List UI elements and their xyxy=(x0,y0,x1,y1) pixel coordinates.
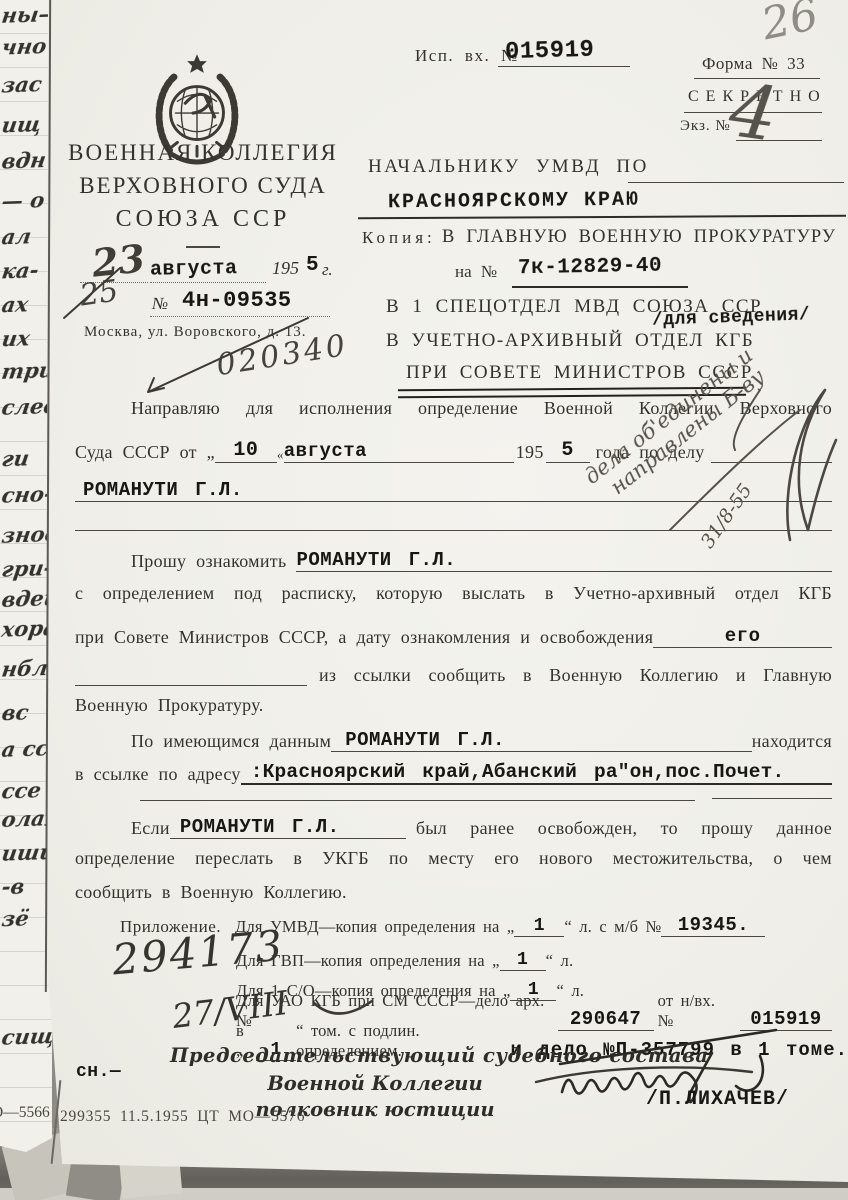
p1-year: 195 xyxy=(514,442,546,463)
bracket-curve xyxy=(310,995,380,1025)
year-suffix: г. xyxy=(322,260,333,280)
margin-fragment: сищ xyxy=(0,1023,56,1050)
blank-line xyxy=(140,800,695,801)
org-name-line2: ВЕРХОВНОГО СУДА xyxy=(58,173,348,199)
margin-fragment: ищ xyxy=(0,111,43,137)
p4-prefix: Если xyxy=(131,818,170,839)
p3-line2-prefix: в ссылке по адресу xyxy=(75,764,241,785)
recipient-label: НАЧАЛЬНИКУ УМВД ПО xyxy=(368,156,649,178)
case-name-stamp: РОМАНУТИ Г.Л. xyxy=(75,479,243,501)
margin-fragment: вдн xyxy=(0,147,47,174)
margin-fragment: чно xyxy=(0,33,48,60)
org-name-line1: ВОЕННАЯ КОЛЛЕГИЯ xyxy=(58,140,348,166)
margin-fragment: вс xyxy=(0,700,30,726)
date-month-stamp: августа xyxy=(150,257,238,282)
reference-label: на № xyxy=(455,262,497,282)
underline xyxy=(512,286,688,288)
body-p2-line2: с определением под расписку, которую выс… xyxy=(75,583,832,610)
p1-year-digit: 5 xyxy=(546,439,590,463)
blank-underline xyxy=(75,685,307,686)
margin-fragment: зё xyxy=(0,906,30,932)
signer-name-stamp: /П.ЛИХАЧЕВ/ xyxy=(646,1088,789,1111)
p2-line4: из ссылки сообщить в Военную Коллегию и … xyxy=(307,665,832,686)
margin-fragment: ссе xyxy=(0,777,43,803)
margin-fragment: зас xyxy=(0,71,44,97)
signer-title-line1: Председательствующий судебного состава xyxy=(170,1044,580,1067)
p3-suffix: находится xyxy=(752,731,832,752)
p1-month-stamp: августа xyxy=(284,440,434,463)
margin-fragment: ги xyxy=(0,446,31,472)
appendix-l1-number: 19345. xyxy=(661,914,765,937)
underline xyxy=(628,182,844,183)
paraph-flourish xyxy=(640,380,840,560)
address-underline: :Красноярский край,Абанский ра"он,пос.По… xyxy=(241,761,832,785)
incoming-number-stamp: 015919 xyxy=(505,37,595,66)
dotted-line xyxy=(150,282,266,283)
slash-stroke xyxy=(58,262,128,322)
copy-number-label: Экз. № xyxy=(680,118,731,135)
underlying-page-code: О—5566 xyxy=(0,1104,50,1122)
appendix-l1b: “ л. с м/б № xyxy=(564,917,661,937)
sn-mark-stamp: сн.— xyxy=(76,1062,121,1082)
underline xyxy=(434,462,514,463)
body-p4-line3: сообщить в Военную Коллегию. xyxy=(75,882,347,909)
blank-line xyxy=(712,798,832,799)
appendix-l3b: “ л. xyxy=(556,981,584,1001)
year-typed: 195 xyxy=(272,258,299,279)
p4-suffix: был ранее освобожден, то прошу данное xyxy=(406,818,832,839)
p2-name-stamp: РОМАНУТИ Г.Л. xyxy=(296,549,511,572)
appendix-l2-count: 1 xyxy=(500,950,546,971)
margin-fragment: — о xyxy=(0,187,46,213)
p1-day-stamp: 10 xyxy=(215,439,277,463)
year-digit-stamp: 5 xyxy=(306,254,319,277)
p2-line3: при Совете Министров СССР, а дату ознако… xyxy=(75,627,653,648)
margin-fragment: ка- xyxy=(0,257,40,283)
margin-fragment: -в xyxy=(0,874,26,900)
print-code: 299355 11.5.1955 ЦТ МО—5576 xyxy=(60,1108,305,1126)
p1-quote: « xyxy=(277,447,284,463)
name-underline: РОМАНУТИ Г.Л. xyxy=(170,816,406,839)
p1-prefix: Суда СССР от „ xyxy=(75,442,215,463)
margin-fragment: их xyxy=(0,326,31,352)
recipient-region-stamp: КРАСНОЯРСКОМУ КРАЮ xyxy=(388,189,640,215)
p4-name-stamp: РОМАНУТИ Г.Л. xyxy=(180,816,340,838)
margin-fragment: нбл xyxy=(0,655,50,682)
body-p4-line2: определение переслать в УКГБ по месту ег… xyxy=(75,848,832,875)
p2-ego-stamp: его xyxy=(725,625,761,647)
underline xyxy=(511,571,832,572)
appendix-l2b: “ л. xyxy=(546,951,574,971)
margin-fragment: ал xyxy=(0,224,33,250)
p2-prefix: Прошу ознакомить xyxy=(131,551,296,572)
org-name-line3: СОЮЗА ССР xyxy=(58,206,348,233)
ego-underline: его xyxy=(653,625,832,648)
recipient-kgb-dept: В УЧЕТНО-АРХИВНЫЙ ОТДЕЛ КГБ xyxy=(386,330,754,352)
arrow-stroke xyxy=(140,300,320,400)
scanned-document: ны—чнозасищвдн— оалка-ахихтри-следгисно-… xyxy=(0,0,848,1200)
p3-name-stamp: РОМАНУТИ Г.Л. xyxy=(345,729,505,751)
appendix-l1-count: 1 xyxy=(514,916,564,937)
copy-recipient: В ГЛАВНУЮ ВОЕННУЮ ПРОКУРАТУРУ xyxy=(442,227,836,248)
body-p2-line5: Военную Прокуратуру. xyxy=(75,695,264,722)
signer-title-line2: Военной Коллегии xyxy=(170,1072,580,1095)
divider-dash xyxy=(186,246,220,248)
underline xyxy=(498,66,630,67)
name-underline: РОМАНУТИ Г.Л. xyxy=(331,729,752,752)
incoming-number-label: Исп. вх. № xyxy=(415,46,519,66)
copy-label: Копия: xyxy=(362,228,436,248)
exile-address-stamp: :Красноярский край,Абанский ра"он,пос.По… xyxy=(251,761,785,783)
p3-prefix: По имеющимся данным xyxy=(131,731,331,752)
margin-fragment: ах xyxy=(0,292,30,318)
reference-number-stamp: 7к-12829-40 xyxy=(518,255,663,281)
